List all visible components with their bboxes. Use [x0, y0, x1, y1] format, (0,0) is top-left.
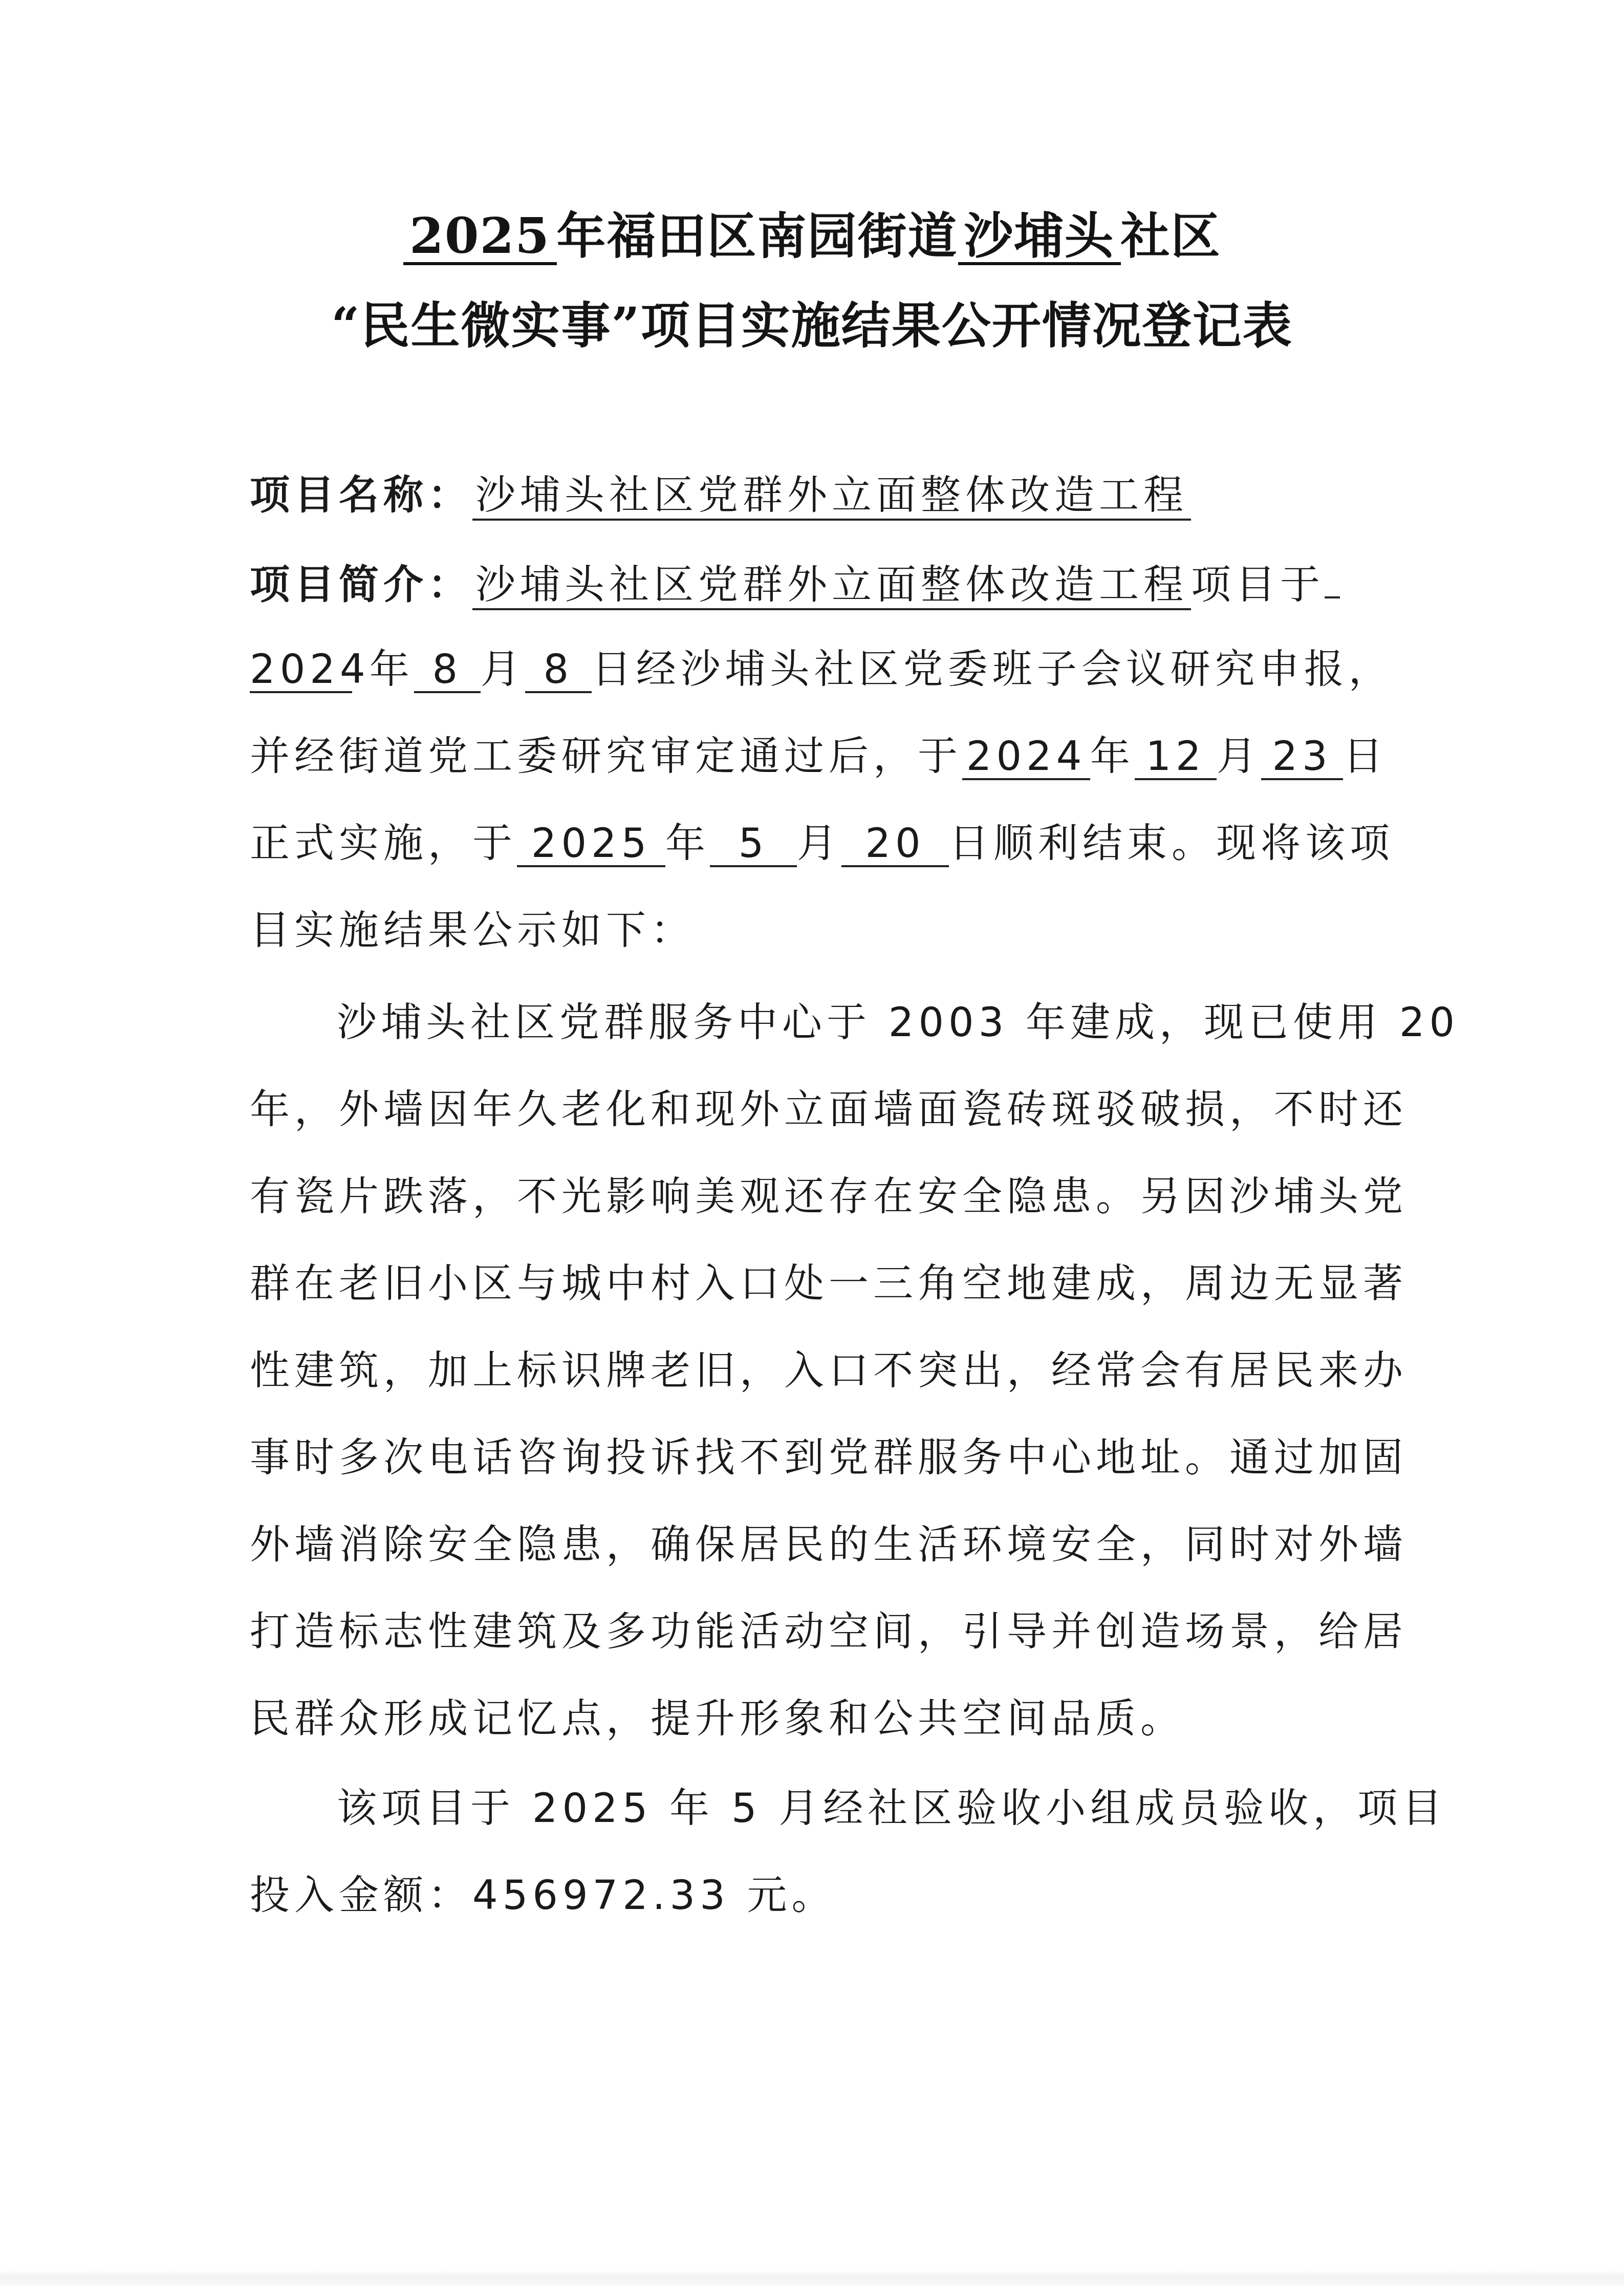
project-intro-row-4: 正式实施，于2025年5月20日顺利结束。现将该项 [250, 811, 1391, 869]
end-year-field: 2025 [517, 823, 665, 867]
paragraph-line: 性建筑，加上标识牌老旧，入口不突出，经常会有居民来办 [250, 1339, 1391, 1396]
start-year-field: 2024 [962, 736, 1090, 780]
end-text: 日顺利结束。现将该项 [949, 821, 1394, 867]
title-year-field: 2025 [403, 210, 557, 265]
project-name-row: 项目名称：沙埔头社区党群外立面整体改造工程 [250, 463, 1391, 521]
project-intro-text: 项目于 [1191, 562, 1325, 608]
paragraph-line: 外墙消除安全隐患，确保居民的生活环境安全，同时对外墙 [250, 1513, 1391, 1570]
paragraph-line: 事时多次电话咨询投诉找不到党群服务中心地址。通过加固 [250, 1426, 1391, 1483]
year-unit: 年 [370, 647, 414, 693]
declare-month-field: 8 [414, 649, 481, 693]
investment-amount-line: 投入金额：456972.33 元。 [250, 1863, 1391, 1921]
declare-day-field: 8 [525, 649, 592, 693]
project-intro-row-2: 2024 年8月8日经沙埔头社区党委班子会议研究申报， [250, 637, 1391, 695]
scan-edge-artifact [0, 2270, 1624, 2286]
start-month-field: 12 [1135, 736, 1217, 780]
title-district-street: 年福田区南园街道 [557, 207, 958, 265]
blank-underline [1325, 596, 1340, 598]
document-title-line-1: 2025年福田区南园街道沙埔头社区 [0, 197, 1624, 267]
start-day-field: 23 [1261, 736, 1343, 780]
year-unit: 年 [665, 821, 710, 867]
project-intro-name: 沙埔头社区党群外立面整体改造工程 [472, 562, 1191, 610]
title-community-field: 沙埔头 [958, 210, 1121, 265]
approve-text: 并经街道党工委研究审定通过后，于 [250, 734, 962, 780]
project-name-label: 项目名称： [250, 473, 472, 519]
document-title-line-2: “民生微实事”项目实施结果公开情况登记表 [0, 287, 1624, 357]
paragraph-line: 年，外墙因年久老化和现外立面墙面瓷砖斑驳破损，不时还 [250, 1078, 1391, 1135]
paragraph-line: 民群众形成记忆点，提升形象和公共空间品质。 [250, 1687, 1391, 1744]
project-intro-label: 项目简介： [250, 562, 472, 608]
end-day-field: 20 [841, 823, 949, 867]
project-intro-row-1: 项目简介：沙埔头社区党群外立面整体改造工程项目于 [250, 553, 1391, 610]
project-intro-row-5: 目实施结果公示如下： [250, 898, 1391, 956]
year-unit: 年 [1090, 734, 1135, 780]
project-intro-row-3: 并经街道党工委研究审定通过后，于2024年12月23日 [250, 724, 1391, 782]
month-unit: 月 [1217, 734, 1261, 780]
end-month-field: 5 [710, 823, 797, 867]
paragraph-line: 打造标志性建筑及多功能活动空间，引导并创造场景，给居 [250, 1600, 1391, 1657]
paragraph-line: 沙埔头社区党群服务中心于 2003 年建成，现已使用 20 [250, 991, 1478, 1048]
declare-year-field: 2024 [250, 649, 352, 693]
declare-text: 日经沙埔头社区党委班子会议研究申报， [592, 647, 1393, 693]
day-unit: 日 [1343, 734, 1388, 780]
paragraph-line: 该项目于 2025 年 5 月经社区验收小组成员验收，项目 [250, 1776, 1478, 1834]
document-page: 2025年福田区南园街道沙埔头社区 “民生微实事”项目实施结果公开情况登记表 项… [0, 0, 1624, 2296]
paragraph-line: 有瓷片跌落，不光影响美观还存在安全隐患。另因沙埔头党 [250, 1165, 1391, 1222]
paragraph-line: 群在老旧小区与城中村入口处一三角空地建成，周边无显著 [250, 1252, 1391, 1309]
title-suffix: 社区 [1121, 207, 1221, 265]
project-name-value: 沙埔头社区党群外立面整体改造工程 [472, 473, 1191, 521]
month-unit: 月 [797, 821, 841, 867]
month-unit: 月 [481, 647, 525, 693]
start-text: 正式实施，于 [250, 821, 517, 867]
